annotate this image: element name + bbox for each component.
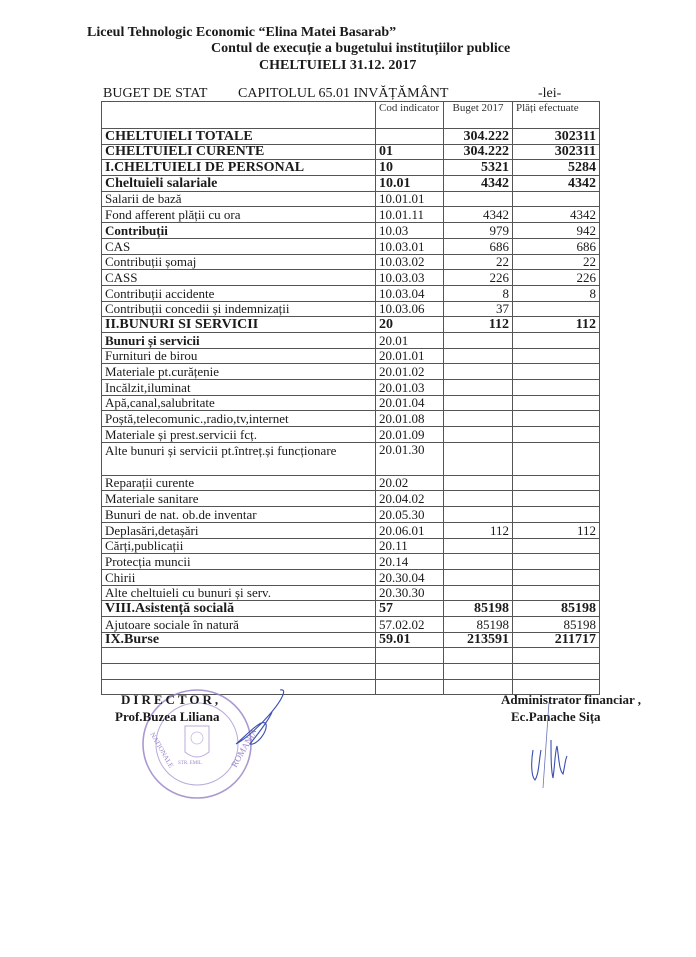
table-row: Cărți,publicații20.11 <box>102 538 600 554</box>
row-budget-value <box>444 442 513 475</box>
table-row: IX.Burse59.01213591211717 <box>102 632 600 648</box>
row-budget-value <box>444 585 513 601</box>
table-row: Furnituri de birou20.01.01 <box>102 348 600 364</box>
row-label: Incălzit,iluminat <box>102 380 376 396</box>
row-paid-value <box>513 442 600 475</box>
row-label: II.BUNURI SI SERVICII <box>102 317 376 333</box>
row-code: 10.01.11 <box>376 207 444 223</box>
row-paid-value: 5284 <box>513 160 600 176</box>
table-row: Materiale pt.curățenie20.01.02 <box>102 364 600 380</box>
row-label: Poștă,telecomunic.,radio,tv,internet <box>102 411 376 427</box>
row-budget-value: 5321 <box>444 160 513 176</box>
row-label <box>102 648 376 664</box>
row-code: 20.30.04 <box>376 569 444 585</box>
row-paid-value: 302311 <box>513 129 600 145</box>
row-label: Bunuri și servicii <box>102 332 376 348</box>
row-budget-value <box>444 554 513 570</box>
director-signature <box>210 686 290 756</box>
row-budget-value <box>444 475 513 491</box>
table-row: Incălzit,iluminat20.01.03 <box>102 380 600 396</box>
row-budget-value <box>444 491 513 507</box>
row-label: CASS <box>102 270 376 286</box>
row-paid-value <box>513 301 600 317</box>
row-label: Fond afferent plății cu ora <box>102 207 376 223</box>
row-paid-value: 8 <box>513 285 600 301</box>
row-label: I.CHELTUIELI DE PERSONAL <box>102 160 376 176</box>
table-row: CHELTUIELI CURENTE01304.222302311 <box>102 144 600 160</box>
row-paid-value: 226 <box>513 270 600 286</box>
row-paid-value: 4342 <box>513 207 600 223</box>
row-label: Cărți,publicații <box>102 538 376 554</box>
row-code: 20.11 <box>376 538 444 554</box>
row-label: Materiale sanitare <box>102 491 376 507</box>
report-subtitle: CHELTUIELI 31.12. 2017 <box>259 58 416 74</box>
row-budget-value <box>444 538 513 554</box>
svg-text:STR. EMIL: STR. EMIL <box>178 761 202 766</box>
row-label: Materiale și prest.servicii fcț. <box>102 427 376 443</box>
director-name: Prof.Buzea Liliana <box>115 709 219 725</box>
row-paid-value <box>513 411 600 427</box>
table-row: Cheltuieli salariale10.0143424342 <box>102 176 600 192</box>
institution-name: Liceul Tehnologic Economic “Elina Matei … <box>87 25 396 41</box>
row-budget-value <box>444 507 513 523</box>
row-paid-value <box>513 554 600 570</box>
row-paid-value: 686 <box>513 238 600 254</box>
row-budget-value <box>444 348 513 364</box>
row-code: 10 <box>376 160 444 176</box>
row-paid-value <box>513 475 600 491</box>
row-code: 10.03.03 <box>376 270 444 286</box>
row-code: 10.03 <box>376 223 444 239</box>
row-budget-value <box>444 648 513 664</box>
row-budget-value <box>444 427 513 443</box>
row-code <box>376 679 444 695</box>
column-header-budget: Buget 2017 <box>444 102 513 129</box>
director-title: DIRECTOR, <box>121 692 221 708</box>
row-paid-value: 302311 <box>513 144 600 160</box>
row-budget-value <box>444 411 513 427</box>
row-paid-value: 85198 <box>513 616 600 632</box>
svg-text:NATIONALE: NATIONALE <box>148 731 175 769</box>
row-label: Contribuții concedii și indemnizații <box>102 301 376 317</box>
table-row: Bunuri și servicii20.01 <box>102 332 600 348</box>
row-budget-value: 4342 <box>444 176 513 192</box>
row-paid-value <box>513 538 600 554</box>
row-label: CAS <box>102 238 376 254</box>
row-budget-value: 85198 <box>444 601 513 617</box>
table-row: VIII.Asistență socială578519885198 <box>102 601 600 617</box>
row-label: Chirii <box>102 569 376 585</box>
row-code: 10.03.02 <box>376 254 444 270</box>
row-budget-value: 226 <box>444 270 513 286</box>
row-label: IX.Burse <box>102 632 376 648</box>
table-row: Alte bunuri și servicii pt.întreț.și fun… <box>102 442 600 475</box>
chapter-label: CAPITOLUL 65.01 INVĂȚĂMÂNT <box>238 86 448 102</box>
row-label: Contribuții <box>102 223 376 239</box>
table-row: Poștă,telecomunic.,radio,tv,internet20.0… <box>102 411 600 427</box>
row-paid-value <box>513 348 600 364</box>
row-paid-value: 4342 <box>513 176 600 192</box>
row-label: Materiale pt.curățenie <box>102 364 376 380</box>
row-paid-value: 85198 <box>513 601 600 617</box>
table-row: CASS10.03.03226226 <box>102 270 600 286</box>
row-label: Alte cheltuieli cu bunuri și serv. <box>102 585 376 601</box>
row-label: CHELTUIELI CURENTE <box>102 144 376 160</box>
row-code: 10.03.06 <box>376 301 444 317</box>
row-budget-value: 112 <box>444 522 513 538</box>
table-row: Fond afferent plății cu ora10.01.1143424… <box>102 207 600 223</box>
row-code: 20.01.02 <box>376 364 444 380</box>
row-code: 20.06.01 <box>376 522 444 538</box>
column-header-label <box>102 102 376 129</box>
row-paid-value <box>513 427 600 443</box>
admin-signature <box>525 700 575 790</box>
row-label: Cheltuieli salariale <box>102 176 376 192</box>
row-budget-value: 8 <box>444 285 513 301</box>
expenditure-table: Cod indicator Buget 2017 Plăți efectuate… <box>101 101 600 695</box>
row-code: 20.01.09 <box>376 427 444 443</box>
table-row: Materiale sanitare20.04.02 <box>102 491 600 507</box>
row-paid-value <box>513 585 600 601</box>
row-budget-value <box>444 395 513 411</box>
row-paid-value: 211717 <box>513 632 600 648</box>
row-paid-value <box>513 380 600 396</box>
table-row: Chirii20.30.04 <box>102 569 600 585</box>
row-label: Alte bunuri și servicii pt.întreț.și fun… <box>102 442 376 475</box>
row-label: CHELTUIELI TOTALE <box>102 129 376 145</box>
table-row: Alte cheltuieli cu bunuri și serv.20.30.… <box>102 585 600 601</box>
row-budget-value <box>444 191 513 207</box>
row-budget-value: 112 <box>444 317 513 333</box>
table-row: II.BUNURI SI SERVICII20112112 <box>102 317 600 333</box>
column-header-paid: Plăți efectuate <box>513 102 600 129</box>
row-paid-value <box>513 395 600 411</box>
table-row <box>102 664 600 680</box>
row-budget-value <box>444 380 513 396</box>
row-label: Salarii de bază <box>102 191 376 207</box>
row-budget-value: 304.222 <box>444 129 513 145</box>
row-budget-value: 22 <box>444 254 513 270</box>
row-paid-value <box>513 191 600 207</box>
table-row: Apă,canal,salubritate20.01.04 <box>102 395 600 411</box>
row-label: Contribuții șomaj <box>102 254 376 270</box>
row-code: 20.01.03 <box>376 380 444 396</box>
table-row: Salarii de bază10.01.01 <box>102 191 600 207</box>
row-code: 20.01.08 <box>376 411 444 427</box>
row-code: 59.01 <box>376 632 444 648</box>
row-code: 20.01.01 <box>376 348 444 364</box>
table-row: Materiale și prest.servicii fcț.20.01.09 <box>102 427 600 443</box>
table-row: Bunuri de nat. ob.de inventar20.05.30 <box>102 507 600 523</box>
row-budget-value: 37 <box>444 301 513 317</box>
row-code: 57.02.02 <box>376 616 444 632</box>
table-row: Contribuții10.03979942 <box>102 223 600 239</box>
row-code <box>376 129 444 145</box>
table-row <box>102 648 600 664</box>
row-budget-value <box>444 364 513 380</box>
table-row: Ajutoare sociale în natură57.02.02851988… <box>102 616 600 632</box>
row-budget-value: 686 <box>444 238 513 254</box>
report-title: Contul de execuție a bugetului instituți… <box>211 41 510 57</box>
row-budget-value: 304.222 <box>444 144 513 160</box>
table-row: I.CHELTUIELI DE PERSONAL1053215284 <box>102 160 600 176</box>
row-code: 10.01 <box>376 176 444 192</box>
row-code: 01 <box>376 144 444 160</box>
row-label: Deplasări,detașări <box>102 522 376 538</box>
row-budget-value: 213591 <box>444 632 513 648</box>
row-paid-value: 112 <box>513 522 600 538</box>
table-header-row: Cod indicator Buget 2017 Plăți efectuate <box>102 102 600 129</box>
row-code: 20.01 <box>376 332 444 348</box>
row-code: 20 <box>376 317 444 333</box>
row-paid-value <box>513 332 600 348</box>
table-row: CHELTUIELI TOTALE304.222302311 <box>102 129 600 145</box>
row-code: 20.01.04 <box>376 395 444 411</box>
row-code: 10.01.01 <box>376 191 444 207</box>
row-code: 10.03.01 <box>376 238 444 254</box>
row-label: Ajutoare sociale în natură <box>102 616 376 632</box>
row-code: 20.14 <box>376 554 444 570</box>
table-row: Deplasări,detașări20.06.01112112 <box>102 522 600 538</box>
row-paid-value: 942 <box>513 223 600 239</box>
currency-unit: -lei- <box>538 86 561 102</box>
row-paid-value <box>513 664 600 680</box>
row-label: VIII.Asistență socială <box>102 601 376 617</box>
row-budget-value <box>444 664 513 680</box>
budget-type: BUGET DE STAT <box>103 86 207 102</box>
row-code <box>376 664 444 680</box>
row-label: Protecția muncii <box>102 554 376 570</box>
row-label: Reparații curente <box>102 475 376 491</box>
row-label: Apă,canal,salubritate <box>102 395 376 411</box>
table-row: Protecția muncii20.14 <box>102 554 600 570</box>
row-label: Contribuții accidente <box>102 285 376 301</box>
row-paid-value <box>513 648 600 664</box>
table-row: Contribuții șomaj10.03.022222 <box>102 254 600 270</box>
table-row: CAS10.03.01686686 <box>102 238 600 254</box>
row-budget-value <box>444 332 513 348</box>
row-budget-value: 85198 <box>444 616 513 632</box>
row-paid-value <box>513 491 600 507</box>
row-code: 20.01.30 <box>376 442 444 475</box>
row-label: Bunuri de nat. ob.de inventar <box>102 507 376 523</box>
row-code: 10.03.04 <box>376 285 444 301</box>
row-label: Furnituri de birou <box>102 348 376 364</box>
row-code <box>376 648 444 664</box>
row-code: 20.30.30 <box>376 585 444 601</box>
column-header-code: Cod indicator <box>376 102 444 129</box>
row-code: 57 <box>376 601 444 617</box>
table-row: Contribuții accidente10.03.0488 <box>102 285 600 301</box>
row-paid-value <box>513 364 600 380</box>
row-paid-value: 112 <box>513 317 600 333</box>
table-row: Reparații curente20.02 <box>102 475 600 491</box>
row-code: 20.04.02 <box>376 491 444 507</box>
row-label <box>102 664 376 680</box>
row-paid-value <box>513 569 600 585</box>
row-budget-value: 4342 <box>444 207 513 223</box>
row-code: 20.02 <box>376 475 444 491</box>
row-budget-value: 979 <box>444 223 513 239</box>
row-code: 20.05.30 <box>376 507 444 523</box>
row-paid-value <box>513 507 600 523</box>
row-paid-value: 22 <box>513 254 600 270</box>
table-row: Contribuții concedii și indemnizații10.0… <box>102 301 600 317</box>
row-budget-value <box>444 569 513 585</box>
